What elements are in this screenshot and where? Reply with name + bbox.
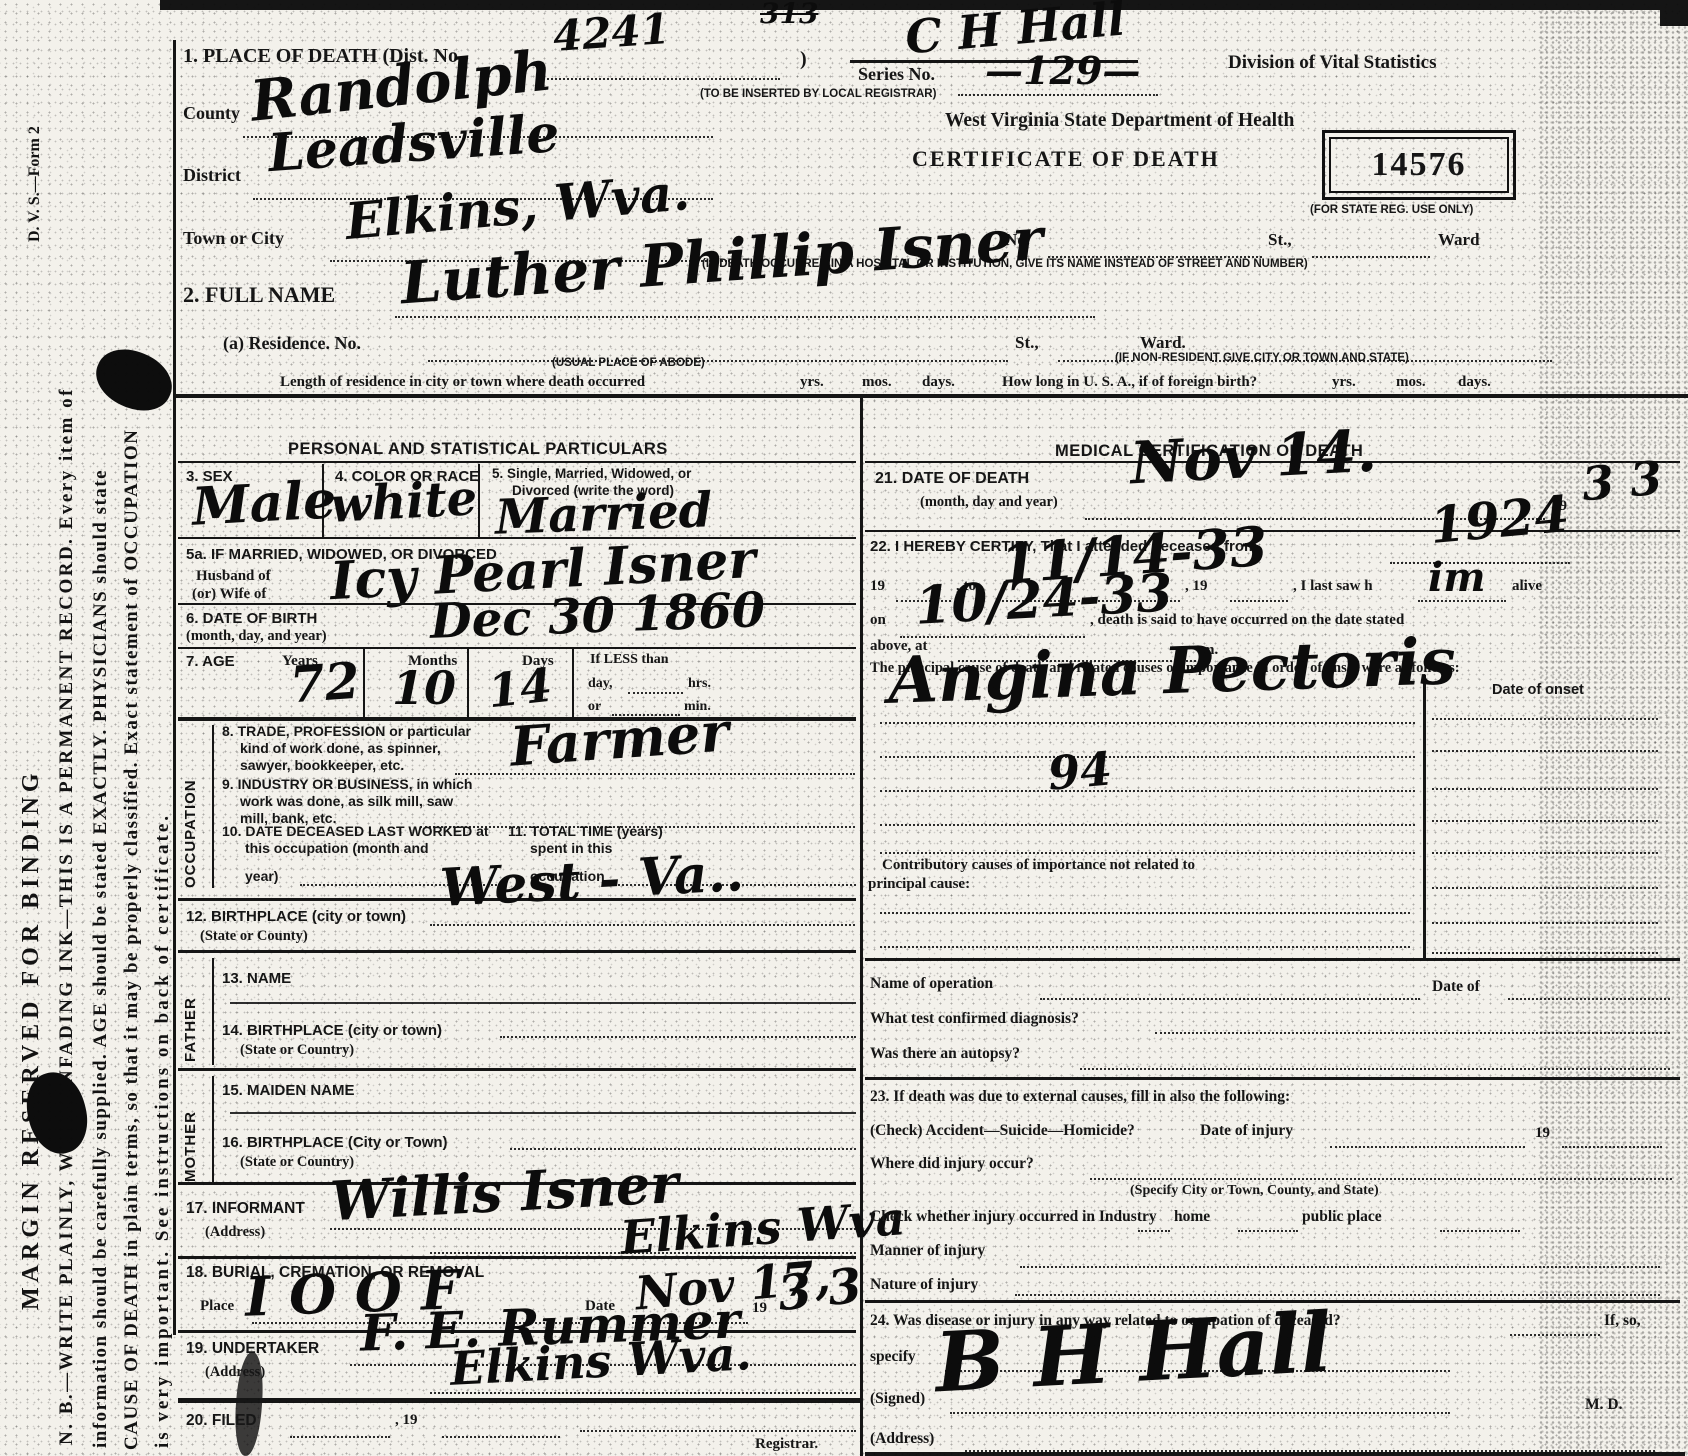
dotted-line xyxy=(1040,998,1420,1000)
burial-19-label: 19 xyxy=(752,1300,767,1317)
check-label: (Check) Accident—Suicide—Homicide? xyxy=(870,1122,1135,1140)
age-days-handwriting: 14 xyxy=(486,662,554,714)
cell-divider xyxy=(572,649,574,717)
heavy-rule xyxy=(178,1398,860,1403)
cause-of-death-handwriting: Angina Pectoris xyxy=(887,630,1457,714)
days2-label: days. xyxy=(1458,374,1491,391)
last-saw-label: , I last saw h xyxy=(1293,578,1373,595)
dotted-line xyxy=(880,824,1415,826)
ward2-label: Ward. xyxy=(1140,333,1186,353)
scan-edge-corner xyxy=(1660,0,1688,26)
on-label: on xyxy=(870,612,886,629)
dotted-line xyxy=(1508,998,1670,1000)
death-stated-label: , death is said to have occurred on the … xyxy=(1090,612,1404,629)
birthplace-sub-label: (State or County) xyxy=(200,928,308,945)
dotted-line xyxy=(1238,1230,1298,1232)
heavy-rule xyxy=(178,1068,856,1071)
dotted-line xyxy=(1510,1334,1600,1336)
dod-label: 21. DATE OF DEATH xyxy=(875,470,1029,488)
filed-19-label: , 19 xyxy=(395,1412,418,1429)
dotted-line xyxy=(880,790,1415,792)
side-bracket xyxy=(212,958,214,1065)
district-label: District xyxy=(183,165,241,186)
father-birthplace-label: 14. BIRTHPLACE (city or town) xyxy=(222,1022,442,1039)
form-left-border xyxy=(173,40,176,1335)
dob-label: 6. DATE OF BIRTH xyxy=(186,610,317,627)
less-hrs-label: hrs. xyxy=(688,676,711,692)
mother-side-label: MOTHER xyxy=(182,1078,199,1182)
md-label: M. D. xyxy=(1585,1396,1622,1414)
contributory-label-2: principal cause: xyxy=(868,876,970,893)
dotted-line xyxy=(880,756,1415,758)
dotted-line xyxy=(880,912,1410,914)
dob-handwriting: Dec 30 1860 xyxy=(429,586,766,646)
registrar-label: Registrar. xyxy=(755,1436,818,1453)
filed-label: 20. FILED xyxy=(186,1412,257,1430)
dotted-line xyxy=(950,1412,1450,1414)
public-place-label: public place xyxy=(1302,1208,1382,1226)
side-bracket xyxy=(212,1076,214,1182)
margin-note-3: CAUSE OF DEATH in plain terms, so that i… xyxy=(121,62,143,1450)
age-years-handwriting: 72 xyxy=(288,656,361,711)
undertaker-address-handwriting: Elkins Wva. xyxy=(449,1330,752,1392)
yrs1-label: yrs. xyxy=(800,374,824,391)
marital-label-1: 5. Single, Married, Widowed, or xyxy=(492,466,691,481)
dotted-line xyxy=(1312,256,1430,258)
scan-noise-band xyxy=(1538,0,1688,1456)
certificate-title: CERTIFICATE OF DEATH xyxy=(912,146,1220,172)
injury-date-label: Date of injury xyxy=(1200,1122,1293,1140)
trade-label-3: sawyer, bookkeeper, etc. xyxy=(240,757,404,773)
date-of-label: Date of xyxy=(1432,978,1480,996)
dotted-line xyxy=(1440,1230,1520,1232)
dotted-line xyxy=(580,1430,856,1432)
dotted-line xyxy=(1432,852,1658,854)
address-label: (Address) xyxy=(870,1430,934,1448)
dotted-line xyxy=(1020,1266,1660,1268)
margin-form-number: D. V. S.—Form 2 xyxy=(26,62,44,242)
autopsy-label: Was there an autopsy? xyxy=(870,1045,1020,1063)
st-label: St., xyxy=(1268,230,1292,250)
total-time-label-1: 11. TOTAL TIME (years) xyxy=(508,823,663,839)
line2-19a-label: 19 xyxy=(870,578,885,595)
last-saw-handwriting: im xyxy=(1428,558,1486,598)
dotted-line xyxy=(395,316,1095,318)
undertaker-address-label: (Address) xyxy=(205,1364,265,1381)
birthplace-label: 12. BIRTHPLACE (city or town) xyxy=(186,908,406,925)
industry-check-label: Check whether injury occurred in Industr… xyxy=(870,1208,1157,1226)
dotted-line xyxy=(540,78,780,80)
insert-note: (TO BE INSERTED BY LOCAL REGISTRAR) xyxy=(700,88,936,100)
dotted-line xyxy=(1015,1294,1660,1296)
burial-year-handwriting: 3 3 xyxy=(776,1262,864,1318)
occupation-side-label: OCCUPATION xyxy=(182,728,199,888)
contributory-label-1: Contributory causes of importance not re… xyxy=(882,857,1195,874)
certificate-number: 14576 xyxy=(1372,146,1467,184)
father-side-label: FATHER xyxy=(182,960,199,1062)
mother-birthplace-label: 16. BIRTHPLACE (City or Town) xyxy=(222,1134,448,1151)
dod-handwriting: Nov 14. xyxy=(1129,422,1378,493)
specify-note: (Specify City or Town, County, and State… xyxy=(1130,1183,1379,1199)
fill-rule xyxy=(230,1002,856,1004)
section-rule xyxy=(173,394,1688,398)
dotted-line xyxy=(1155,1032,1670,1034)
certificate-number-box: 14576 xyxy=(1322,130,1516,200)
line2-19b-label: , 19 xyxy=(1185,578,1208,595)
heavy-rule xyxy=(865,958,1680,961)
cause-code-handwriting: 94 xyxy=(1046,745,1114,796)
ward-label: Ward xyxy=(1438,230,1480,250)
injury-19-label: 19 xyxy=(1535,1125,1550,1142)
operation-label: Name of operation xyxy=(870,975,993,993)
father-name-label: 13. NAME xyxy=(222,970,291,987)
dod-year-handwriting: 3 3 xyxy=(1580,455,1664,508)
dotted-line xyxy=(1432,750,1658,752)
physician-signature-handwriting: B H Hall xyxy=(933,1302,1334,1405)
maiden-name-label: 15. MAIDEN NAME xyxy=(222,1082,355,1099)
series-no-handwriting: —129— xyxy=(985,52,1140,90)
trade-label-1: 8. TRADE, PROFESSION or particular xyxy=(222,723,471,739)
sex-handwriting: Male xyxy=(191,474,338,533)
color-handwriting: white xyxy=(329,474,478,530)
dotted-line xyxy=(1562,1146,1662,1148)
alive-label: alive xyxy=(1512,578,1542,595)
margin-binding-note: MARGIN RESERVED FOR BINDING xyxy=(18,645,45,1310)
if-so-label: If, so, xyxy=(1604,1312,1641,1330)
heavy-rule xyxy=(178,950,856,953)
division-title: Division of Vital Statistics xyxy=(1228,52,1436,74)
nature-label: Nature of injury xyxy=(870,1276,978,1294)
nonresident-note: (IF NON-RESIDENT GIVE CITY OR TOWN AND S… xyxy=(1115,352,1409,364)
where-injury-label: Where did injury occur? xyxy=(870,1155,1034,1173)
dotted-line xyxy=(880,946,1410,948)
attended-from-handwriting: 1924 xyxy=(1428,489,1571,551)
dotted-line xyxy=(510,1148,856,1150)
dotted-line xyxy=(628,692,683,694)
rule xyxy=(178,461,856,463)
last-worked-label-3: year) xyxy=(245,868,278,884)
father-birthplace-sub: (State or Country) xyxy=(240,1042,354,1059)
state-reg-note: (FOR STATE REG. USE ONLY) xyxy=(1310,204,1473,216)
informant-address-label: (Address) xyxy=(205,1224,265,1241)
trade-label-2: kind of work done, as spinner, xyxy=(240,740,441,756)
town-label: Town or City xyxy=(183,228,284,249)
test-label: What test confirmed diagnosis? xyxy=(870,1010,1079,1028)
home-label: home xyxy=(1174,1208,1210,1226)
series-no-label: Series No. xyxy=(858,64,935,85)
st2-label: St., xyxy=(1015,333,1039,353)
full-name-label: 2. FULL NAME xyxy=(183,282,335,308)
trade-handwriting: Farmer xyxy=(508,704,730,773)
heavy-rule xyxy=(865,1077,1680,1080)
dotted-line xyxy=(290,1436,390,1438)
county-label: County xyxy=(183,103,240,124)
cell-divider xyxy=(467,649,469,717)
dotted-line xyxy=(1330,1146,1525,1148)
external-causes-label: 23. If death was due to external causes,… xyxy=(870,1088,1290,1106)
dod-sub-label: (month, day and year) xyxy=(920,494,1058,511)
less-day-label: day, xyxy=(588,676,613,692)
dist-no-handwriting: 4241 xyxy=(552,8,672,58)
dotted-line xyxy=(442,1436,560,1438)
dotted-line xyxy=(428,360,1008,362)
industry-label-1: 9. INDUSTRY OR BUSINESS, in which xyxy=(222,776,472,792)
personal-title: PERSONAL AND STATISTICAL PARTICULARS xyxy=(288,440,668,459)
onset-header: Date of onset xyxy=(1492,682,1584,698)
onset-column-border xyxy=(1423,675,1426,958)
dotted-line xyxy=(880,722,1415,724)
dotted-line xyxy=(1432,922,1658,924)
birthplace-handwriting: West - Va.. xyxy=(439,847,745,915)
or-wife-of-label: (or) Wife of xyxy=(192,586,266,603)
department-title: West Virginia State Department of Health xyxy=(945,110,1294,132)
scribble-handwriting: 313 xyxy=(760,0,818,28)
undertaker-label: 19. UNDERTAKER xyxy=(186,1340,319,1358)
dotted-line xyxy=(1432,820,1658,822)
death-certificate-scan: D. V. S.—Form 2 MARGIN RESERVED FOR BIND… xyxy=(0,0,1688,1456)
usa-label: How long in U. S. A., if of foreign birt… xyxy=(1002,374,1257,391)
last-worked-label-2: this occupation (month and xyxy=(245,840,429,856)
dotted-line xyxy=(500,1036,856,1038)
signed-label: (Signed) xyxy=(870,1390,925,1408)
last-worked-label-1: 10. DATE DECEASED LAST WORKED at xyxy=(222,823,489,839)
dotted-line xyxy=(1432,718,1658,720)
burial-place-label: Place xyxy=(200,1298,234,1315)
dotted-line xyxy=(1432,952,1658,954)
if-less-label: If LESS than xyxy=(590,652,669,668)
dotted-line xyxy=(1432,788,1658,790)
dotted-line xyxy=(430,924,855,926)
age-months-handwriting: 10 xyxy=(392,665,456,711)
fill-rule xyxy=(230,1112,856,1114)
dotted-line xyxy=(958,94,1158,96)
husband-of-label: Husband of xyxy=(196,568,271,585)
margin-note-1: N. B.—WRITE PLAINLY, WITH UNFADING INK—T… xyxy=(56,75,78,1445)
paren: ) xyxy=(800,48,807,71)
dob-sub-label: (month, day, and year) xyxy=(186,628,327,645)
cell-divider xyxy=(363,649,365,717)
industry-label-2: work was done, as silk mill, saw xyxy=(240,793,453,809)
dotted-line xyxy=(1090,1178,1672,1180)
informant-label: 17. INFORMANT xyxy=(186,1200,305,1218)
dotted-line xyxy=(1138,1230,1170,1232)
dotted-line xyxy=(1432,887,1658,889)
side-bracket xyxy=(212,725,214,888)
abode-note: (USUAL PLACE OF ABODE) xyxy=(552,357,705,369)
rule xyxy=(178,647,856,649)
heavy-rule xyxy=(865,1452,1685,1456)
yrs2-label: yrs. xyxy=(1332,374,1356,391)
age-label: 7. AGE xyxy=(186,653,235,670)
residence-label: (a) Residence. No. xyxy=(223,333,361,354)
length-label: Length of residence in city or town wher… xyxy=(280,374,645,391)
dotted-line xyxy=(1230,600,1288,602)
specify-label: specify xyxy=(870,1348,916,1366)
dotted-line xyxy=(880,852,1415,854)
margin-note-2: information should be carefully supplied… xyxy=(90,75,112,1448)
mos2-label: mos. xyxy=(1396,374,1426,391)
manner-label: Manner of injury xyxy=(870,1242,985,1260)
dotted-line xyxy=(1080,1068,1670,1070)
margin-note-4: is very important. See instructions on b… xyxy=(152,850,174,1448)
days1-label: days. xyxy=(922,374,955,391)
mos1-label: mos. xyxy=(862,374,892,391)
